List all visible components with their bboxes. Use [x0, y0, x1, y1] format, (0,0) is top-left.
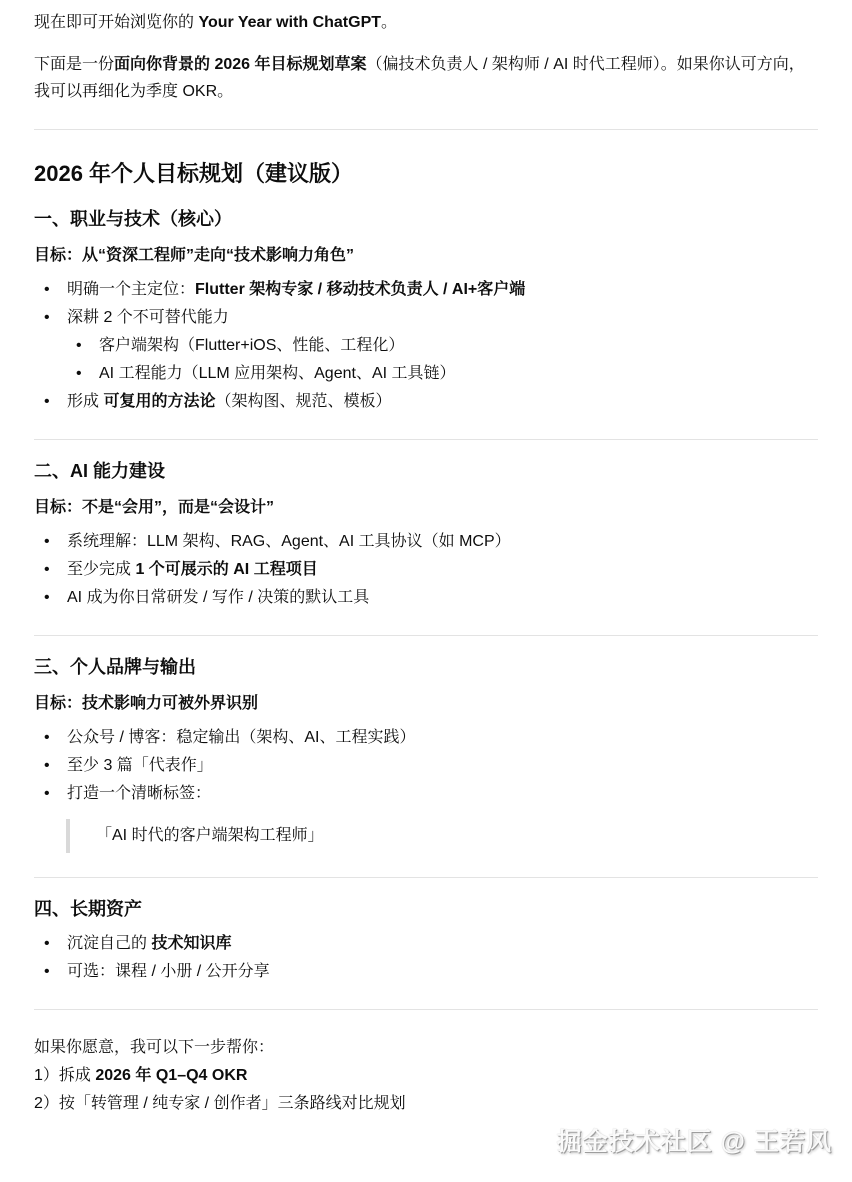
bullet-icon: •	[44, 781, 67, 807]
bullet-icon: •	[44, 931, 67, 957]
bullet-list: • 明确一个主定位：Flutter 架构专家 / 移动技术负责人 / AI+客户…	[34, 277, 818, 415]
list-item-text: AI 成为你日常研发 / 写作 / 决策的默认工具	[67, 585, 818, 611]
list-item: • 至少 3 篇「代表作」	[44, 753, 818, 779]
section-heading: 三、个人品牌与输出	[34, 655, 818, 680]
list-item-text: 可选：课程 / 小册 / 公开分享	[67, 959, 818, 985]
goal-line: 目标：不是“会用”，而是“会设计”	[34, 495, 818, 520]
section-personal-brand: 三、个人品牌与输出 目标：技术影响力可被外界识别 • 公众号 / 博客：稳定输出…	[34, 655, 818, 853]
goal-line: 目标：技术影响力可被外界识别	[34, 691, 818, 716]
bullet-icon: •	[44, 959, 67, 985]
list-item: • AI 工程能力（LLM 应用架构、Agent、AI 工具链）	[76, 361, 818, 387]
nested-bullet-list: • 客户端架构（Flutter+iOS、性能、工程化） • AI 工程能力（LL…	[44, 333, 818, 387]
list-item-text: 系统理解：LLM 架构、RAG、Agent、AI 工具协议（如 MCP）	[67, 529, 818, 555]
watermark: 掘金技术社区 @ 王若风	[557, 1122, 832, 1158]
bullet-list: • 系统理解：LLM 架构、RAG、Agent、AI 工具协议（如 MCP） •…	[34, 529, 818, 611]
bullet-icon: •	[44, 305, 67, 331]
bullet-icon: •	[44, 725, 67, 751]
list-item: • 客户端架构（Flutter+iOS、性能、工程化）	[76, 333, 818, 359]
list-item-text: 深耕 2 个不可替代能力	[67, 305, 818, 331]
bullet-icon: •	[44, 389, 67, 415]
list-item: • 公众号 / 博客：稳定输出（架构、AI、工程实践）	[44, 725, 818, 751]
bullet-icon: •	[44, 585, 67, 611]
page-title: 2026 年个人目标规划（建议版）	[34, 160, 818, 188]
list-item-text: 打造一个清晰标签：	[67, 781, 818, 807]
divider	[34, 129, 818, 130]
divider	[34, 1009, 818, 1010]
list-item: • 可选：课程 / 小册 / 公开分享	[44, 959, 818, 985]
bullet-list: • 公众号 / 博客：稳定输出（架构、AI、工程实践） • 至少 3 篇「代表作…	[34, 725, 818, 807]
list-item: • AI 成为你日常研发 / 写作 / 决策的默认工具	[44, 585, 818, 611]
list-item-text: 至少完成 1 个可展示的 AI 工程项目	[67, 557, 818, 583]
next-steps-block: 如果你愿意，我可以下一步帮你： 1）拆成 2026 年 Q1–Q4 OKR 2）…	[34, 1034, 818, 1117]
section-career-tech: 一、职业与技术（核心） 目标：从“资深工程师”走向“技术影响力角色” • 明确一…	[34, 207, 818, 415]
next-step-option-2: 2）按「转管理 / 纯专家 / 创作者」三条路线对比规划	[34, 1090, 818, 1117]
list-item-text: 公众号 / 博客：稳定输出（架构、AI、工程实践）	[67, 725, 818, 751]
list-item: • 沉淀自己的 技术知识库	[44, 931, 818, 957]
list-item: • 至少完成 1 个可展示的 AI 工程项目	[44, 557, 818, 583]
list-item-text: 至少 3 篇「代表作」	[67, 753, 818, 779]
list-item: • 系统理解：LLM 架构、RAG、Agent、AI 工具协议（如 MCP）	[44, 529, 818, 555]
list-item: • 形成 可复用的方法论（架构图、规范、模板）	[44, 389, 818, 415]
list-item-text: 明确一个主定位：Flutter 架构专家 / 移动技术负责人 / AI+客户端	[67, 277, 818, 303]
bullet-icon: •	[76, 361, 99, 387]
chat-message-document: 现在即可开始浏览你的 Your Year with ChatGPT。 下面是一份…	[0, 0, 852, 1117]
list-item: • 打造一个清晰标签：	[44, 781, 818, 807]
intro-paragraph-2: 下面是一份面向你背景的 2026 年目标规划草案（偏技术负责人 / 架构师 / …	[34, 51, 818, 105]
list-item: • 深耕 2 个不可替代能力 • 客户端架构（Flutter+iOS、性能、工程…	[44, 305, 818, 387]
bullet-icon: •	[44, 557, 67, 583]
section-ai-capability: 二、AI 能力建设 目标：不是“会用”，而是“会设计” • 系统理解：LLM 架…	[34, 459, 818, 611]
divider	[34, 635, 818, 636]
list-item-text: 沉淀自己的 技术知识库	[67, 931, 818, 957]
bullet-icon: •	[44, 753, 67, 779]
list-item: • 明确一个主定位：Flutter 架构专家 / 移动技术负责人 / AI+客户…	[44, 277, 818, 303]
list-item-text: 客户端架构（Flutter+iOS、性能、工程化）	[99, 333, 818, 359]
section-heading: 一、职业与技术（核心）	[34, 207, 818, 232]
section-heading: 四、长期资产	[34, 897, 818, 922]
section-heading: 二、AI 能力建设	[34, 459, 818, 484]
bullet-icon: •	[44, 277, 67, 303]
label-blockquote: 「AI 时代的客户端架构工程师」	[66, 819, 818, 853]
goal-line: 目标：从“资深工程师”走向“技术影响力角色”	[34, 243, 818, 268]
bullet-icon: •	[76, 333, 99, 359]
bullet-icon: •	[44, 529, 67, 555]
next-step-option-1: 1）拆成 2026 年 Q1–Q4 OKR	[34, 1062, 818, 1089]
bullet-list: • 沉淀自己的 技术知识库 • 可选：课程 / 小册 / 公开分享	[34, 931, 818, 985]
intro-paragraph-1: 现在即可开始浏览你的 Your Year with ChatGPT。	[34, 9, 818, 36]
list-item-text: 形成 可复用的方法论（架构图、规范、模板）	[67, 389, 818, 415]
list-item-text: AI 工程能力（LLM 应用架构、Agent、AI 工具链）	[99, 361, 818, 387]
divider	[34, 877, 818, 878]
section-long-term-assets: 四、长期资产 • 沉淀自己的 技术知识库 • 可选：课程 / 小册 / 公开分享	[34, 897, 818, 985]
divider	[34, 439, 818, 440]
next-steps-intro: 如果你愿意，我可以下一步帮你：	[34, 1034, 818, 1061]
